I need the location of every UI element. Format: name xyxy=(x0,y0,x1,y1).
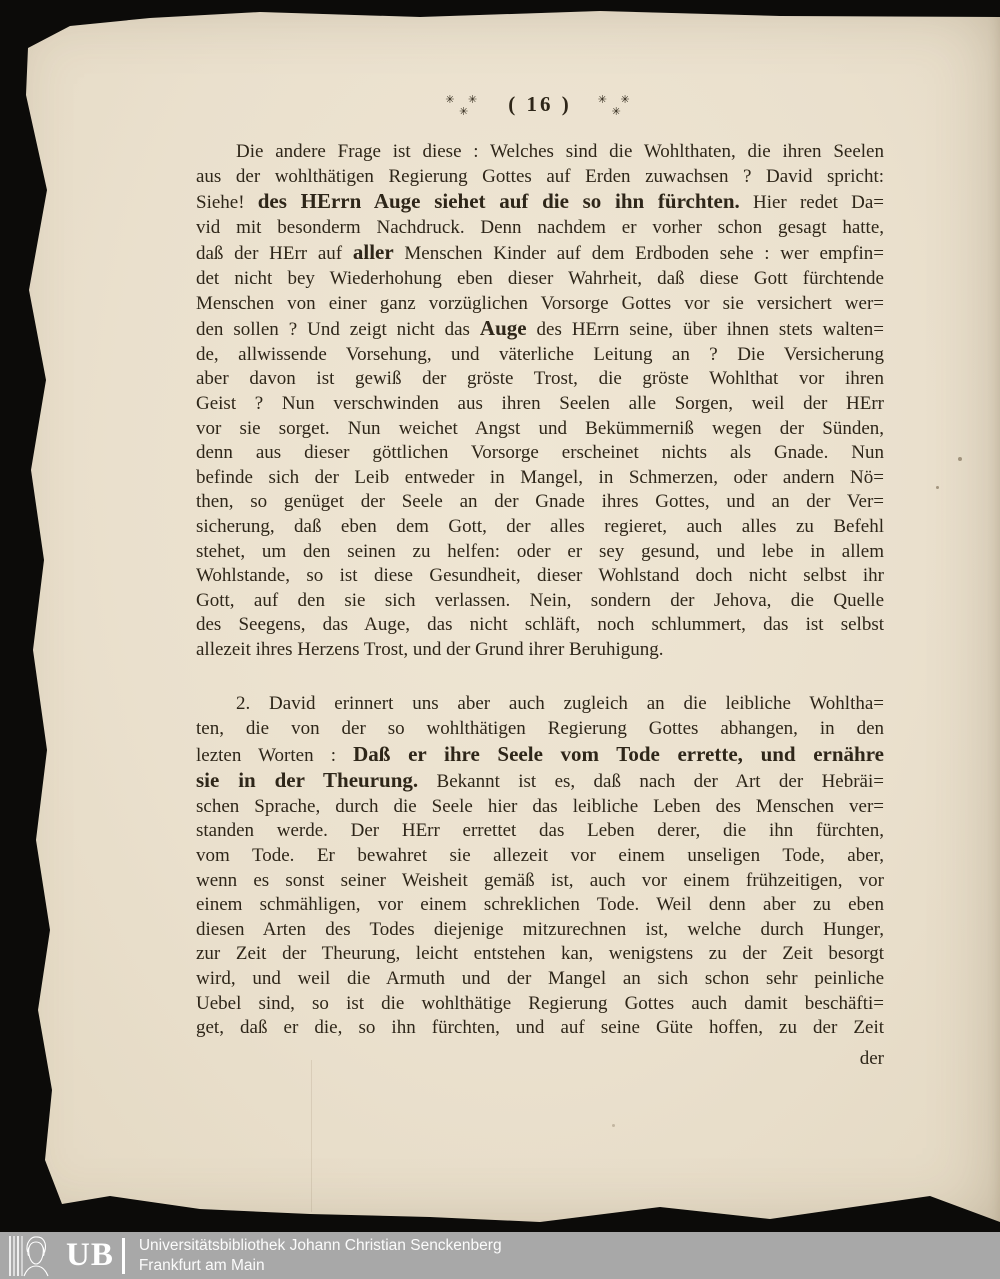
paper-speck xyxy=(936,486,939,489)
body-text: Wohlstande, so ist diese Gesundheit, die… xyxy=(196,565,884,586)
text-line: wenn es sonst seiner Weisheit gemäß ist,… xyxy=(196,869,884,894)
body-text: vor sie sorget. Nun weichet Angst und Be… xyxy=(196,418,884,439)
body-text: standen werde. Der HErr errettet das Leb… xyxy=(196,820,884,841)
paragraph: 2. David erinnert uns aber auch zugleich… xyxy=(196,692,884,1040)
paragraphs: Die andere Frage ist diese : Welches sin… xyxy=(196,140,884,1041)
emphasized-text: aller xyxy=(353,240,394,264)
scan-background: ✳ ✳ ✳ ( 16 ) ✳ ✳ ✳ Die andere Frage ist … xyxy=(0,0,1000,1279)
page-number: ( 16 ) xyxy=(508,92,572,117)
body-text: lezten Worten : xyxy=(196,745,353,766)
text-line: den sollen ? Und zeigt nicht das Auge de… xyxy=(196,316,884,343)
text-line: aus der wohlthätigen Regierung Gottes au… xyxy=(196,165,884,190)
body-text: aus der wohlthätigen Regierung Gottes au… xyxy=(196,166,884,187)
body-text: des HErrn seine, über ihnen stets walten… xyxy=(527,319,884,340)
body-text: zur Zeit der Theurung, leicht entstehen … xyxy=(196,943,884,964)
text-line: zur Zeit der Theurung, leicht entstehen … xyxy=(196,942,884,967)
library-name-line2: Frankfurt am Main xyxy=(139,1256,502,1276)
body-text: ten, die von der so wohlthätigen Regieru… xyxy=(196,718,884,739)
body-text: wenn es sonst seiner Weisheit gemäß ist,… xyxy=(196,870,884,891)
logo-divider xyxy=(122,1238,125,1274)
library-name: Universitätsbibliothek Johann Christian … xyxy=(139,1236,502,1276)
text-block: Die andere Frage ist diese : Welches sin… xyxy=(196,140,884,1071)
emphasized-text: Auge xyxy=(480,316,527,340)
text-line: stehet, um den seinen zu helfen: oder er… xyxy=(196,540,884,565)
text-line: Uebel sind, so ist die wohlthätige Regie… xyxy=(196,992,884,1017)
asterisk-icon: ✳ xyxy=(612,107,621,117)
body-text: allezeit ihres Herzens Trost, und der Gr… xyxy=(196,639,664,660)
body-text: stehet, um den seinen zu helfen: oder er… xyxy=(196,541,884,562)
asterisk-icon: ✳ ✳ xyxy=(445,95,482,105)
asterisk-ornament-left: ✳ ✳ ✳ xyxy=(445,95,482,117)
text-line: Menschen von einer ganz vorzüglichen Vor… xyxy=(196,292,884,317)
book-page: ✳ ✳ ✳ ( 16 ) ✳ ✳ ✳ Die andere Frage ist … xyxy=(0,0,1000,1232)
library-portrait-icon xyxy=(8,1235,64,1277)
text-line: wird, und weil die Armuth und der Mangel… xyxy=(196,967,884,992)
body-text: Bekannt ist es, daß nach der Art der Heb… xyxy=(418,771,884,792)
text-line: des Seegens, das Auge, das nicht schläft… xyxy=(196,613,884,638)
text-line: denn aus dieser göttlichen Vorsorge ersc… xyxy=(196,441,884,466)
body-text: vid mit besonderm Nachdruck. Denn nachde… xyxy=(196,217,884,238)
text-line: sicherung, daß eben dem Gott, der alles … xyxy=(196,515,884,540)
body-text: get, daß er die, so ihn fürchten, und au… xyxy=(196,1017,884,1038)
body-text: Siehe! xyxy=(196,192,258,213)
text-line: Geist ? Nun verschwinden aus ihren Seele… xyxy=(196,392,884,417)
body-text: Menschen von einer ganz vorzüglichen Vor… xyxy=(196,293,884,314)
text-line: einem schmähligen, vor einem schrekliche… xyxy=(196,893,884,918)
body-text: den sollen ? Und zeigt nicht das xyxy=(196,319,480,340)
paper-crease xyxy=(311,1060,312,1212)
emphasized-text: des HErrn Auge siehet auf die so ihn für… xyxy=(258,189,740,213)
library-footer: UB Universitätsbibliothek Johann Christi… xyxy=(0,1232,1000,1279)
body-text: sicherung, daß eben dem Gott, der alles … xyxy=(196,516,884,537)
text-line: de, allwissende Vorsehung, und väterlich… xyxy=(196,343,884,368)
body-text: 2. David erinnert uns aber auch zugleich… xyxy=(236,693,884,714)
body-text: vom Tode. Er bewahret sie allezeit vor e… xyxy=(196,845,884,866)
text-line: Wohlstande, so ist diese Gesundheit, die… xyxy=(196,564,884,589)
body-text: Menschen Kinder auf dem Erdboden sehe : … xyxy=(394,243,884,264)
body-text: einem schmähligen, vor einem schrekliche… xyxy=(196,894,884,915)
page-header: ✳ ✳ ✳ ( 16 ) ✳ ✳ ✳ xyxy=(196,92,884,117)
text-line: vid mit besonderm Nachdruck. Denn nachde… xyxy=(196,216,884,241)
text-line: Die andere Frage ist diese : Welches sin… xyxy=(196,140,884,165)
text-line: Gott, auf den sie sich verlassen. Nein, … xyxy=(196,589,884,614)
body-text: de, allwissende Vorsehung, und väterlich… xyxy=(196,344,884,365)
text-line: 2. David erinnert uns aber auch zugleich… xyxy=(196,692,884,717)
paper-speck xyxy=(612,1124,615,1127)
text-line: get, daß er die, so ihn fürchten, und au… xyxy=(196,1016,884,1041)
paragraph: Die andere Frage ist diese : Welches sin… xyxy=(196,140,884,662)
text-line: diesen Arten des Todes diejenige mitzure… xyxy=(196,918,884,943)
body-text: Uebel sind, so ist die wohlthätige Regie… xyxy=(196,993,884,1014)
text-line: standen werde. Der HErr errettet das Leb… xyxy=(196,819,884,844)
body-text: diesen Arten des Todes diejenige mitzure… xyxy=(196,919,884,940)
body-text: befinde sich der Leib entweder in Mangel… xyxy=(196,467,884,488)
ub-logo: UB xyxy=(8,1234,125,1278)
body-text: then, so genüget der Seele an der Gnade … xyxy=(196,491,884,512)
body-text: Die andere Frage ist diese : Welches sin… xyxy=(236,141,884,162)
body-text: daß der HErr auf xyxy=(196,243,353,264)
text-line: ten, die von der so wohlthätigen Regieru… xyxy=(196,717,884,742)
text-line: sie in der Theurung. Bekannt ist es, daß… xyxy=(196,768,884,795)
catchword: der xyxy=(196,1047,884,1072)
text-line: lezten Worten : Daß er ihre Seele vom To… xyxy=(196,742,884,769)
paper-speck xyxy=(958,457,962,461)
text-line: allezeit ihres Herzens Trost, und der Gr… xyxy=(196,638,884,663)
emphasized-text: sie in der Theurung. xyxy=(196,768,418,792)
ub-logo-text: UB xyxy=(66,1239,114,1272)
body-text: wird, und weil die Armuth und der Mangel… xyxy=(196,968,884,989)
text-line: aber davon ist gewiß der gröste Trost, d… xyxy=(196,367,884,392)
body-text: aber davon ist gewiß der gröste Trost, d… xyxy=(196,368,884,389)
asterisk-icon: ✳ ✳ xyxy=(598,95,635,105)
body-text: Geist ? Nun verschwinden aus ihren Seele… xyxy=(196,393,884,414)
asterisk-icon: ✳ xyxy=(459,107,468,117)
text-line: Siehe! des HErrn Auge siehet auf die so … xyxy=(196,189,884,216)
text-line: det nicht bey Wiederhohung eben dieser W… xyxy=(196,267,884,292)
text-line: befinde sich der Leib entweder in Mangel… xyxy=(196,466,884,491)
body-text: Hier redet Da= xyxy=(740,192,884,213)
library-name-line1: Universitätsbibliothek Johann Christian … xyxy=(139,1236,502,1256)
emphasized-text: Daß er ihre Seele vom Tode errette, und … xyxy=(353,742,884,766)
asterisk-ornament-right: ✳ ✳ ✳ xyxy=(598,95,635,117)
body-text: schen Sprache, durch die Seele hier das … xyxy=(196,796,884,817)
body-text: Gott, auf den sie sich verlassen. Nein, … xyxy=(196,590,884,611)
text-line: then, so genüget der Seele an der Gnade … xyxy=(196,490,884,515)
body-text: denn aus dieser göttlichen Vorsorge ersc… xyxy=(196,442,884,463)
body-text: det nicht bey Wiederhohung eben dieser W… xyxy=(196,268,884,289)
text-line: vor sie sorget. Nun weichet Angst und Be… xyxy=(196,417,884,442)
body-text: des Seegens, das Auge, das nicht schläft… xyxy=(196,614,884,635)
text-line: schen Sprache, durch die Seele hier das … xyxy=(196,795,884,820)
text-line: vom Tode. Er bewahret sie allezeit vor e… xyxy=(196,844,884,869)
text-line: daß der HErr auf aller Menschen Kinder a… xyxy=(196,240,884,267)
